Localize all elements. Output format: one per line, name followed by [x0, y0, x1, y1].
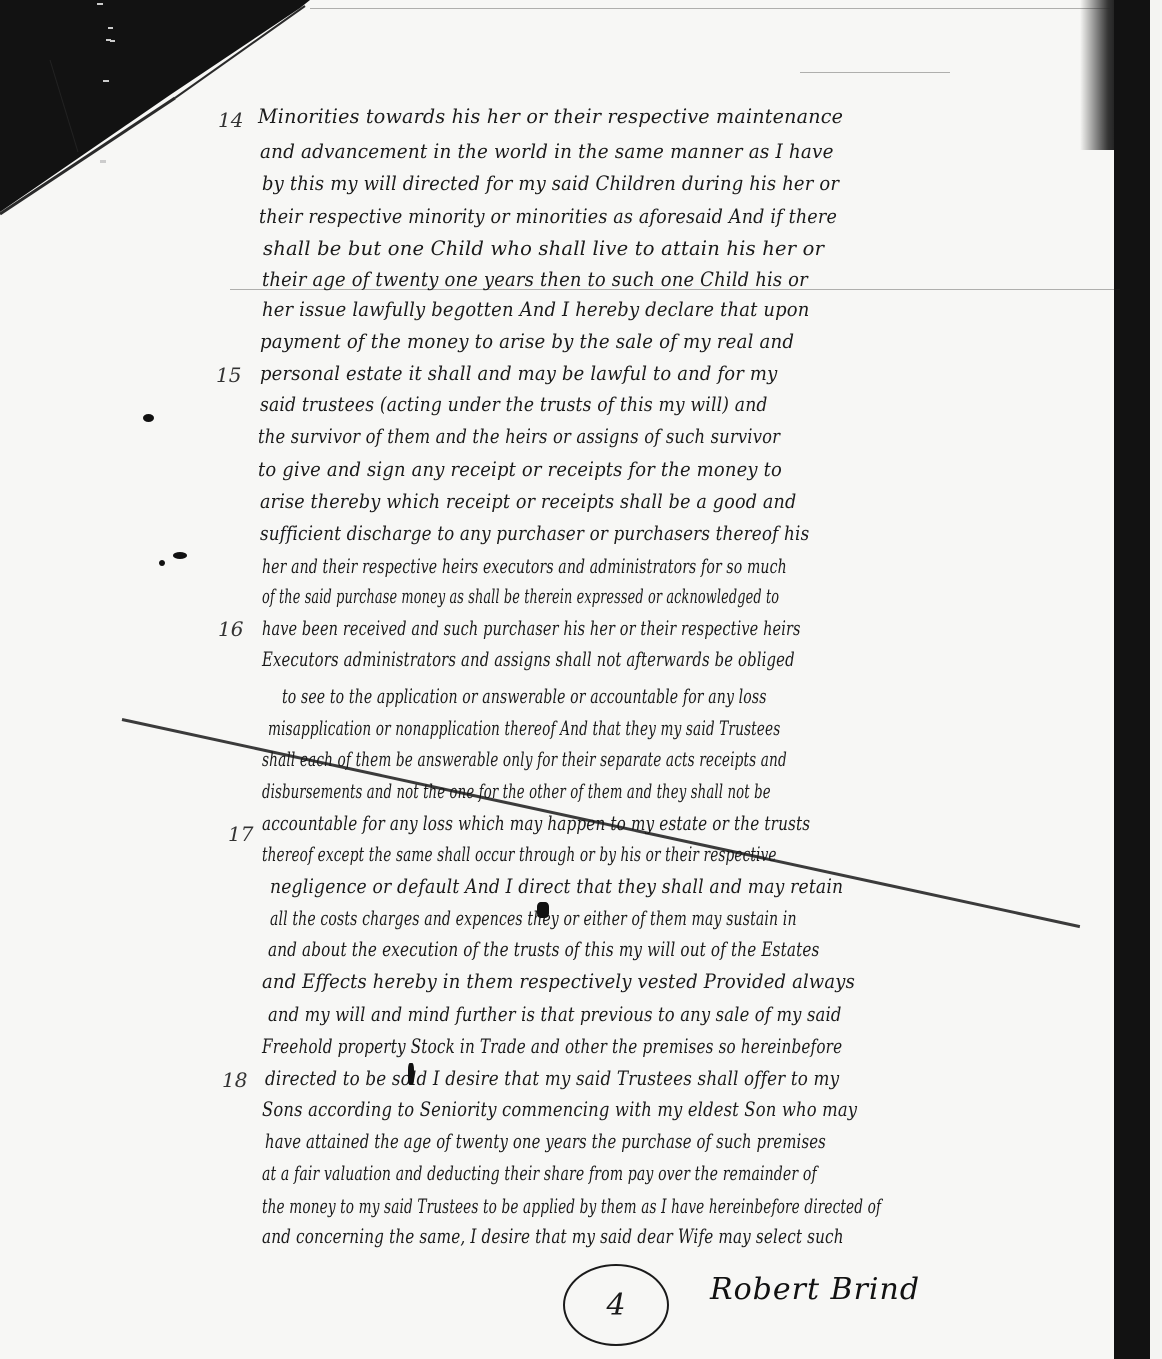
ink-blot — [173, 552, 187, 559]
signature: Robert Brind — [710, 1272, 920, 1307]
text-line: Executors administrators and assigns sha… — [262, 648, 795, 671]
text-line: to see to the application or answerable … — [282, 685, 767, 708]
ink-blot — [143, 414, 154, 422]
ink-blot — [159, 560, 165, 566]
text-line: have attained the age of twenty one year… — [265, 1130, 826, 1153]
text-line: misapplication or nonapplication thereof… — [268, 717, 780, 740]
text-line: the money to my said Trustees to be appl… — [262, 1195, 881, 1218]
text-line: disbursements and not the one for the ot… — [262, 780, 771, 803]
ink-blot — [408, 1063, 414, 1085]
document-page: 14 15 16 17 18 Minorities towards his he… — [0, 0, 1162, 1359]
text-line: directed to be sold I desire that my sai… — [265, 1067, 839, 1090]
text-line: have been received and such purchaser hi… — [262, 617, 801, 640]
text-line: arise thereby which receipt or receipts … — [260, 490, 796, 513]
text-line: and advancement in the world in the same… — [260, 140, 834, 163]
text-line: and my will and mind further is that pre… — [268, 1003, 842, 1026]
text-line: personal estate it shall and may be lawf… — [260, 362, 777, 385]
text-line: sufficient discharge to any purchaser or… — [260, 522, 809, 545]
text-line: of the said purchase money as shall be t… — [262, 585, 779, 608]
text-line: all the costs charges and expences they … — [270, 907, 797, 930]
text-line: Sons according to Seniority commencing w… — [262, 1098, 857, 1121]
text-line: Freehold property Stock in Trade and oth… — [262, 1035, 842, 1058]
text-line: Minorities towards his her or their resp… — [258, 105, 843, 128]
text-line: by this my will directed for my said Chi… — [262, 172, 839, 195]
text-line: their respective minority or minorities … — [259, 205, 837, 228]
text-line: her and their respective heirs executors… — [262, 555, 787, 578]
text-line: and about the execution of the trusts of… — [268, 938, 819, 961]
text-line: negligence or default And I direct that … — [270, 875, 843, 898]
text-line: said trustees (acting under the trusts o… — [260, 393, 768, 416]
document-body: Minorities towards his her or their resp… — [0, 0, 1162, 1359]
text-line: thereof except the same shall occur thro… — [262, 843, 777, 866]
text-line: the survivor of them and the heirs or as… — [258, 425, 780, 448]
text-line: and Effects hereby in them respectively … — [262, 970, 855, 993]
ink-blot — [537, 902, 549, 918]
page-number-badge: 4 — [563, 1264, 669, 1346]
text-line: and concerning the same, I desire that m… — [262, 1225, 844, 1248]
text-line: accountable for any loss which may happe… — [262, 812, 810, 835]
text-line: to give and sign any receipt or receipts… — [258, 458, 782, 481]
page-number: 4 — [606, 1288, 625, 1323]
text-line: payment of the money to arise by the sal… — [260, 330, 794, 353]
text-line: their age of twenty one years then to su… — [262, 268, 808, 291]
text-line: her issue lawfully begotten And I hereby… — [262, 298, 810, 321]
text-line: at a fair valuation and deducting their … — [262, 1162, 817, 1185]
text-line: shall be but one Child who shall live to… — [263, 237, 824, 260]
